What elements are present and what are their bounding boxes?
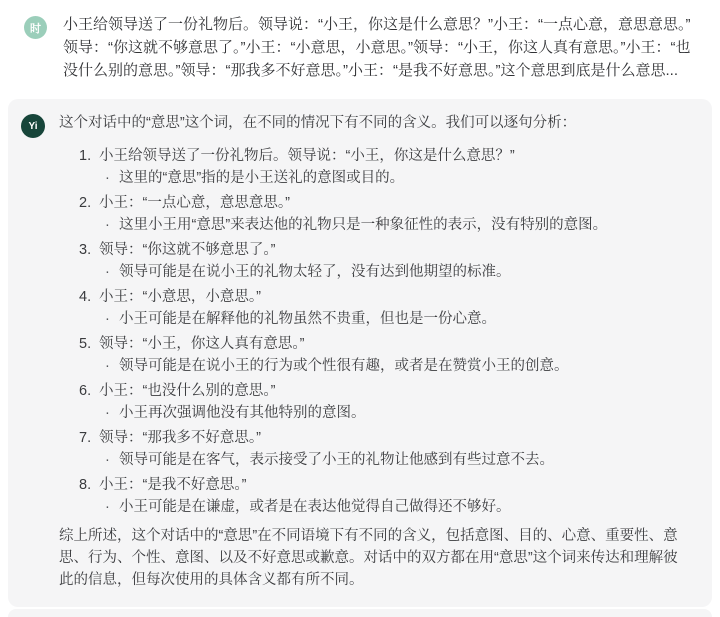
bullet-dot: · [105,308,119,330]
quote-line: 6. 小王：“也没什么别的意思。” [79,380,692,402]
explanation-line: · 领导可能是在说小王的礼物太轻了，没有达到他期望的标准。 [79,261,692,283]
explanation-line: · 领导可能是在说小王的行为或个性很有趣，或者是在赞赏小王的创意。 [79,355,692,377]
user-avatar-label: 时 [30,20,41,36]
analysis-item-4: 4. 小王：“小意思，小意思。” · 小王可能是在解释他的礼物虽然不贵重，但也是… [79,286,692,330]
next-message-card-peek [8,609,712,617]
bullet-dot: · [105,496,119,518]
item-quote: 小王：“小意思，小意思。” [99,286,261,308]
item-quote: 领导：“那我多不好意思。” [99,427,261,449]
analysis-item-5: 5. 领导：“小王，你这人真有意思。” · 领导可能是在说小王的行为或个性很有趣… [79,333,692,377]
analysis-item-7: 7. 领导：“那我多不好意思。” · 领导可能是在客气，表示接受了小王的礼物让他… [79,427,692,471]
analysis-item-2: 2. 小王：“一点心意，意思意思。” · 这里小王用“意思”来表达他的礼物只是一… [79,192,692,236]
analysis-item-8: 8. 小王：“是我不好意思。” · 小王可能是在谦虚，或者是在表达他觉得自己做得… [79,474,692,518]
item-explanation: 小王可能是在解释他的礼物虽然不贵重，但也是一份心意。 [119,308,496,330]
item-quote: 小王：“一点心意，意思意思。” [99,192,290,214]
item-quote: 小王：“是我不好意思。” [99,474,246,496]
item-explanation: 小王可能是在谦虚，或者是在表达他觉得自己做得还不够好。 [119,496,511,518]
yi-logo-avatar: Yi [21,114,45,138]
item-explanation: 领导可能是在客气，表示接受了小王的礼物让他感到有些过意不去。 [119,449,554,471]
item-number: 6. [79,380,99,402]
item-number: 5. [79,333,99,355]
bullet-dot: · [105,355,119,377]
analysis-item-3: 3. 领导：“你这就不够意思了。” · 领导可能是在说小王的礼物太轻了，没有达到… [79,239,692,283]
item-explanation: 小王再次强调他没有其他特别的意图。 [119,402,366,424]
assistant-summary: 综上所述，这个对话中的“意思”在不同语境下有不同的含义，包括意图、目的、心意、重… [59,525,692,591]
item-number: 2. [79,192,99,214]
item-explanation: 领导可能是在说小王的行为或个性很有趣，或者是在赞赏小王的创意。 [119,355,569,377]
quote-line: 1. 小王给领导送了一份礼物后。领导说：“小王，你这是什么意思？” [79,145,692,167]
user-message-text: 小王给领导送了一份礼物后。领导说：“小王，你这是什么意思？”小王：“一点心意，意… [63,13,700,82]
item-explanation: 领导可能是在说小王的礼物太轻了，没有达到他期望的标准。 [119,261,511,283]
chat-page: 时 小王给领导送了一份礼物后。领导说：“小王，你这是什么意思？”小王：“一点心意… [0,0,720,617]
bullet-dot: · [105,261,119,283]
item-quote: 领导：“你这就不够意思了。” [99,239,275,261]
item-quote: 小王：“也没什么别的意思。” [99,380,275,402]
bullet-dot: · [105,167,119,189]
item-explanation: 这里的“意思”指的是小王送礼的意图或目的。 [119,167,404,189]
quote-line: 4. 小王：“小意思，小意思。” [79,286,692,308]
item-quote: 领导：“小王，你这人真有意思。” [99,333,304,355]
assistant-intro: 这个对话中的“意思”这个词，在不同的情况下有不同的含义。我们可以逐句分析： [59,112,692,134]
bullet-dot: · [105,449,119,471]
assistant-message-card: Yi 这个对话中的“意思”这个词，在不同的情况下有不同的含义。我们可以逐句分析：… [8,99,712,607]
analysis-item-6: 6. 小王：“也没什么别的意思。” · 小王再次强调他没有其他特别的意图。 [79,380,692,424]
explanation-line: · 这里的“意思”指的是小王送礼的意图或目的。 [79,167,692,189]
analysis-item-1: 1. 小王给领导送了一份礼物后。领导说：“小王，你这是什么意思？” · 这里的“… [79,145,692,189]
item-explanation: 这里小王用“意思”来表达他的礼物只是一种象征性的表示，没有特别的意图。 [119,214,607,236]
explanation-line: · 这里小王用“意思”来表达他的礼物只是一种象征性的表示，没有特别的意图。 [79,214,692,236]
yi-logo-label: Yi [28,121,37,132]
quote-line: 8. 小王：“是我不好意思。” [79,474,692,496]
explanation-line: · 领导可能是在客气，表示接受了小王的礼物让他感到有些过意不去。 [79,449,692,471]
explanation-line: · 小王可能是在谦虚，或者是在表达他觉得自己做得还不够好。 [79,496,692,518]
assistant-message-body: 这个对话中的“意思”这个词，在不同的情况下有不同的含义。我们可以逐句分析： 1.… [59,112,692,591]
explanation-line: · 小王再次强调他没有其他特别的意图。 [79,402,692,424]
bullet-dot: · [105,214,119,236]
quote-line: 5. 领导：“小王，你这人真有意思。” [79,333,692,355]
explanation-line: · 小王可能是在解释他的礼物虽然不贵重，但也是一份心意。 [79,308,692,330]
item-number: 1. [79,145,99,167]
quote-line: 2. 小王：“一点心意，意思意思。” [79,192,692,214]
bullet-dot: · [105,402,119,424]
user-message: 时 小王给领导送了一份礼物后。领导说：“小王，你这是什么意思？”小王：“一点心意… [0,0,720,82]
item-number: 7. [79,427,99,449]
item-number: 4. [79,286,99,308]
quote-line: 7. 领导：“那我多不好意思。” [79,427,692,449]
item-number: 3. [79,239,99,261]
item-quote: 小王给领导送了一份礼物后。领导说：“小王，你这是什么意思？” [99,145,515,167]
user-avatar: 时 [24,16,47,39]
analysis-list: 1. 小王给领导送了一份礼物后。领导说：“小王，你这是什么意思？” · 这里的“… [79,145,692,518]
item-number: 8. [79,474,99,496]
quote-line: 3. 领导：“你这就不够意思了。” [79,239,692,261]
